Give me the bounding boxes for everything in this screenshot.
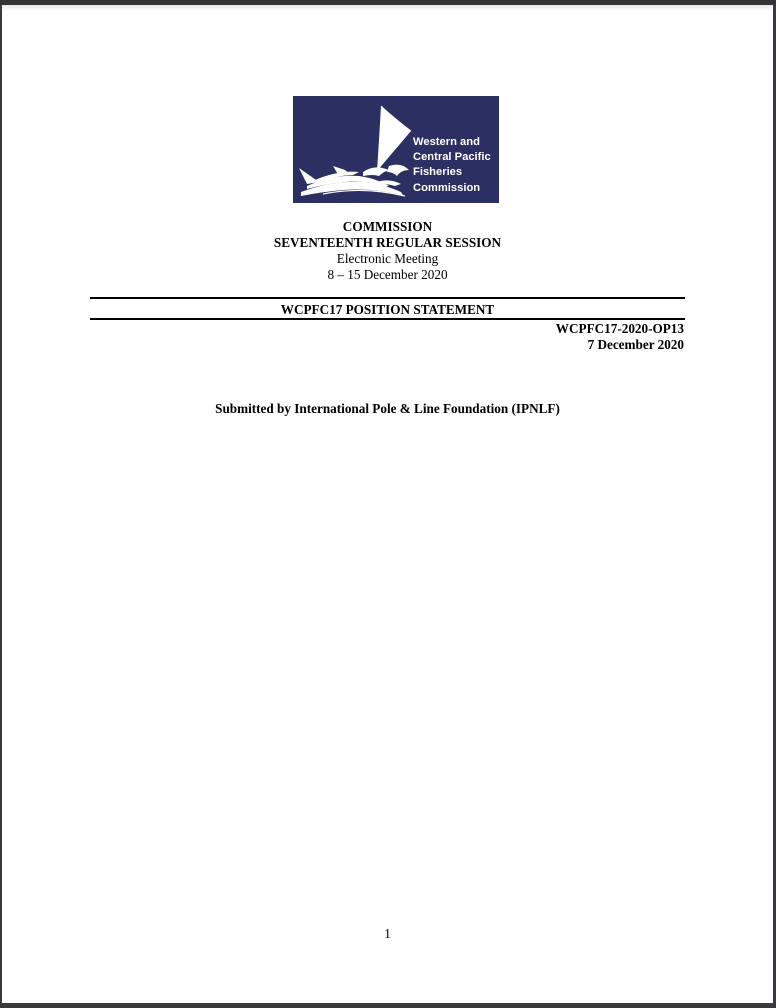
logo-line: Commission <box>413 181 491 196</box>
bottom-rule <box>90 318 685 320</box>
document-reference-block: WCPFC17-2020-OP13 7 December 2020 <box>556 321 684 353</box>
meeting-dates: 8 – 15 December 2020 <box>2 267 773 283</box>
logo-line: Western and <box>413 135 491 150</box>
document-reference: WCPFC17-2020-OP13 <box>556 321 684 337</box>
wcpfc-logo: Western and Central Pacific Fisheries Co… <box>293 96 499 203</box>
meeting-type: Electronic Meeting <box>2 251 773 267</box>
logo-text: Western and Central Pacific Fisheries Co… <box>413 135 491 196</box>
top-rule <box>90 297 685 299</box>
page-number: 1 <box>2 926 773 942</box>
organization-heading: COMMISSION <box>2 219 773 235</box>
document-page: Western and Central Pacific Fisheries Co… <box>2 5 773 1003</box>
session-heading: SEVENTEENTH REGULAR SESSION <box>2 235 773 251</box>
logo-line: Central Pacific <box>413 150 491 165</box>
logo-line: Fisheries <box>413 165 491 180</box>
document-title: WCPFC17 POSITION STATEMENT <box>90 302 685 318</box>
document-date: 7 December 2020 <box>556 337 684 353</box>
submitted-by: Submitted by International Pole & Line F… <box>2 401 773 417</box>
